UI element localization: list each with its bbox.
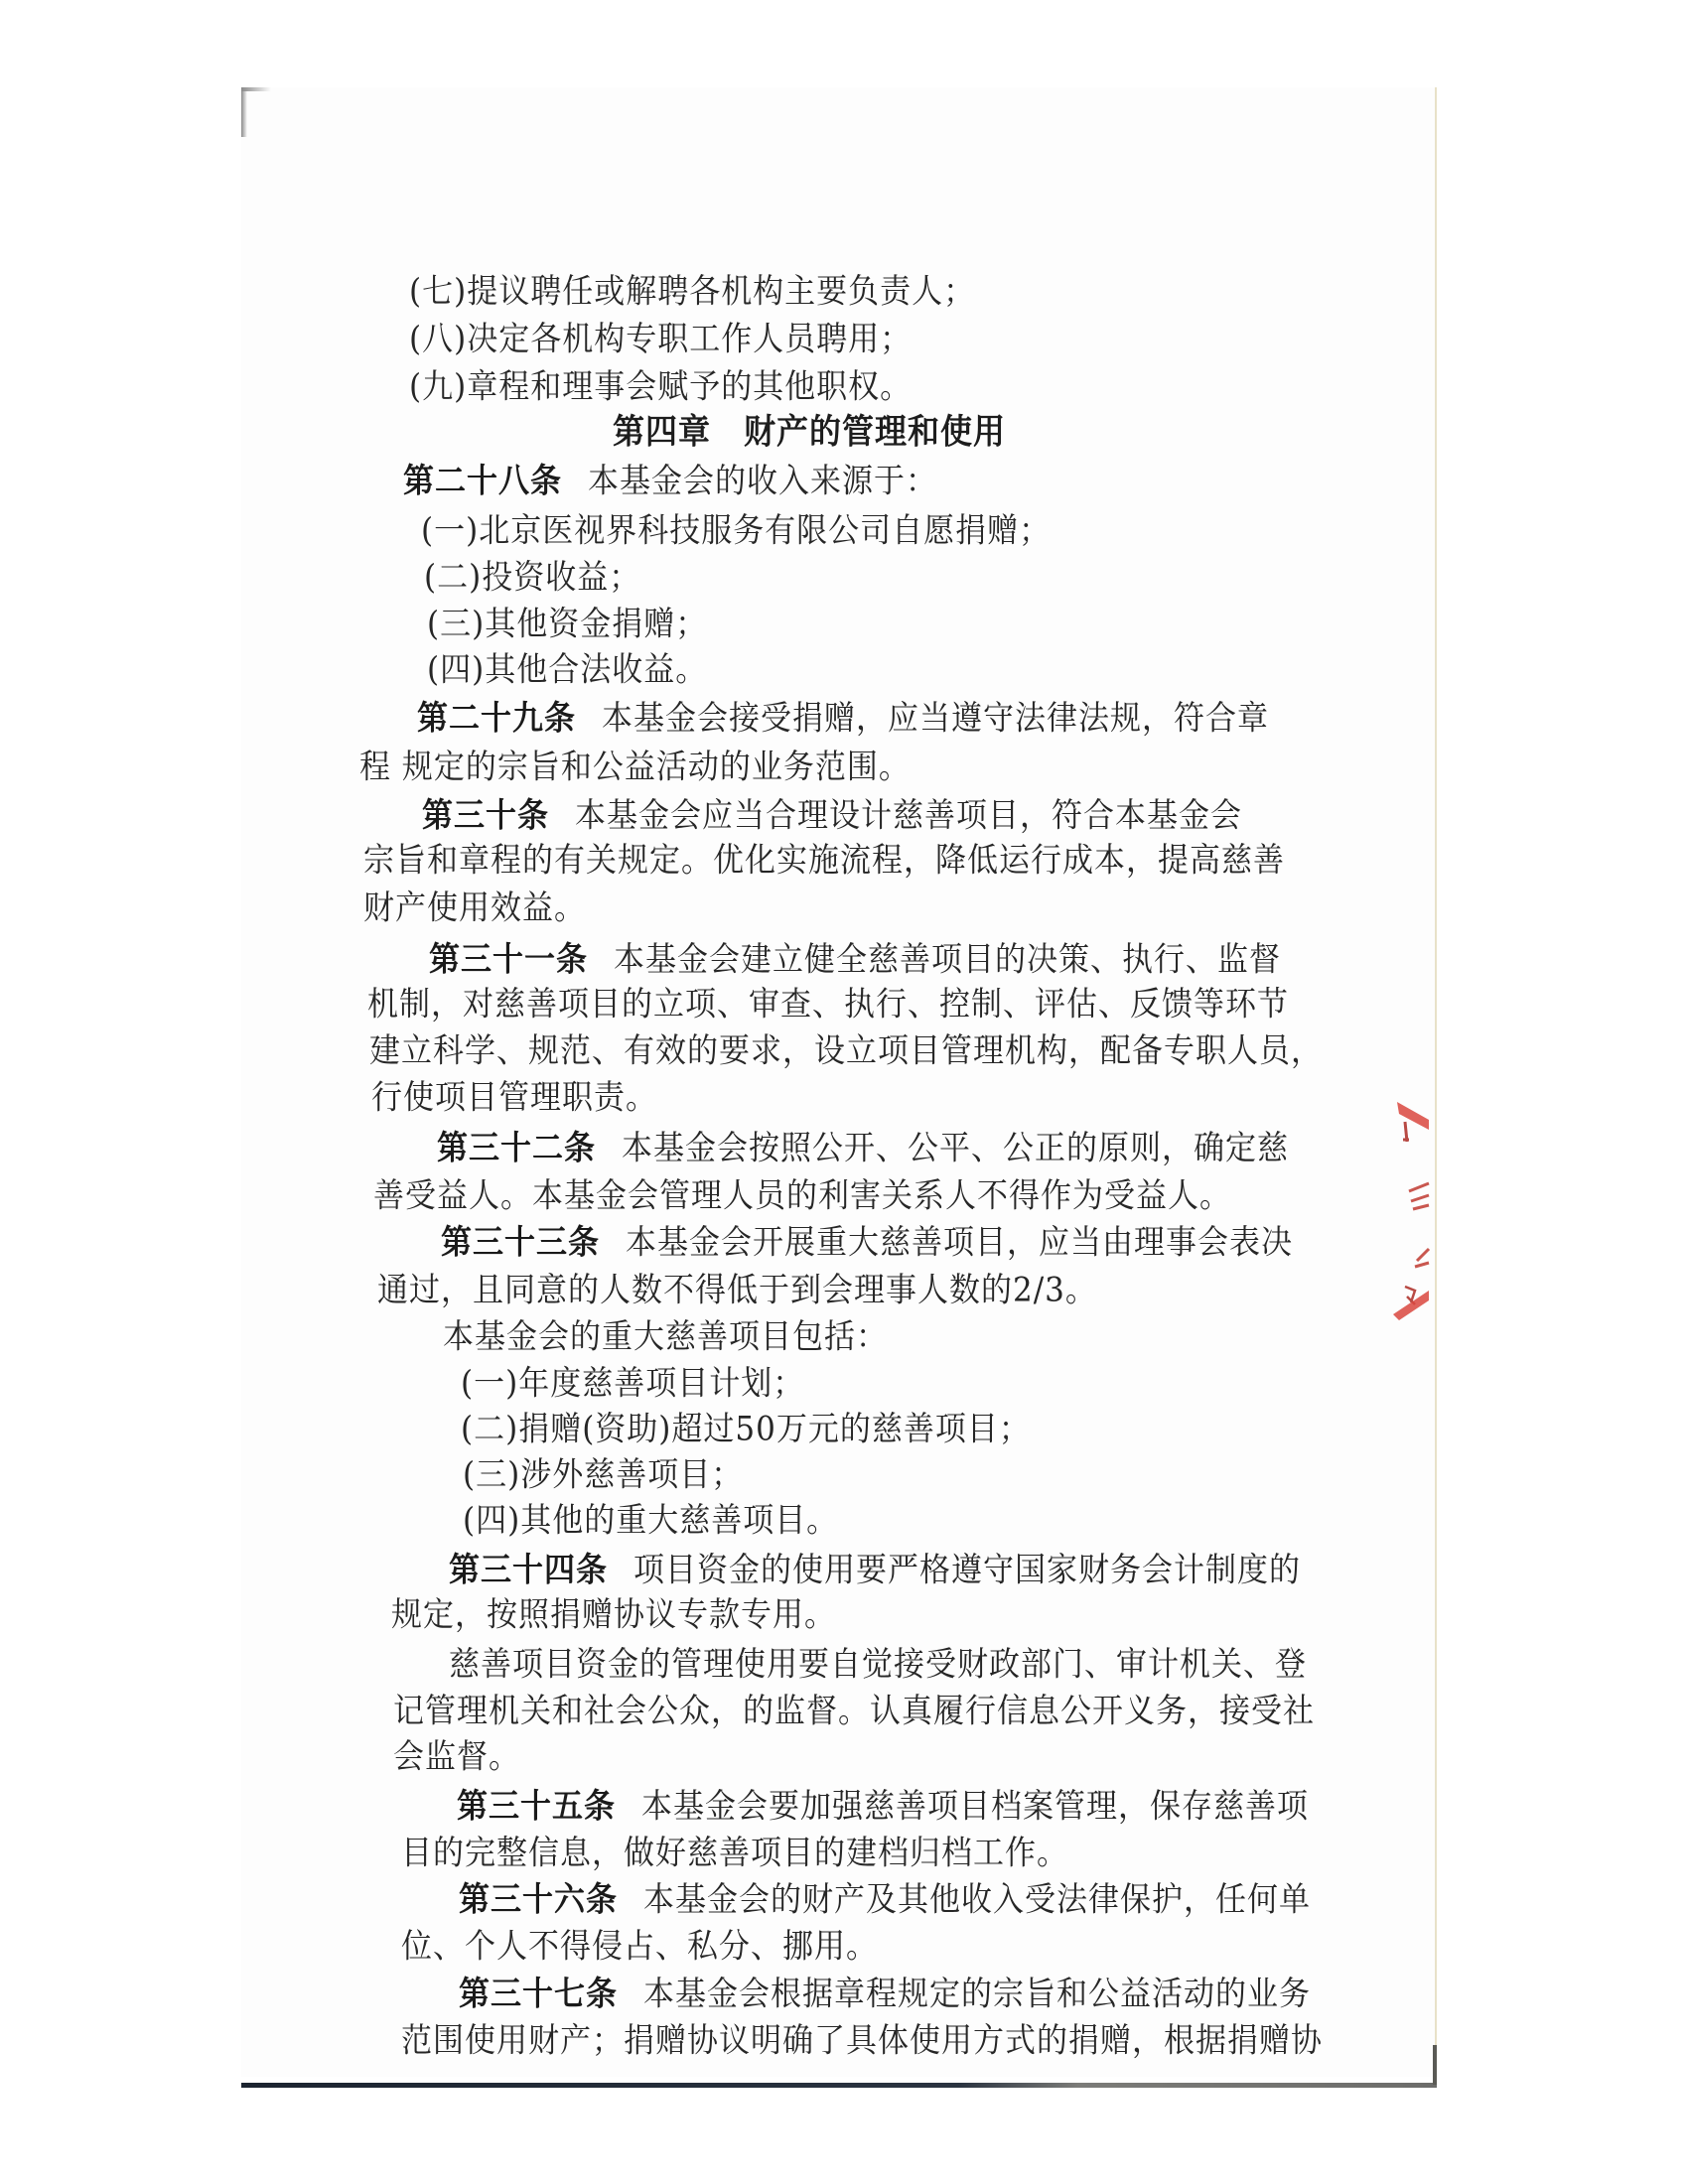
- article-label: 第三十四条: [449, 1551, 608, 1589]
- article-33: 第三十三条本基金会开展重大慈善项目，应当由理事会表决: [441, 1221, 1293, 1264]
- list-item: (二)投资收益；: [424, 556, 640, 599]
- page-corner-shadow: [241, 87, 247, 137]
- article-text: 本基金会根据章程规定的宗旨和公益活动的业务: [643, 1975, 1311, 2013]
- article-28: 第二十八条本基金会的收入来源于：: [403, 460, 937, 502]
- article-34: 第三十四条项目资金的使用要严格遵守国家财务会计制度的: [449, 1549, 1301, 1591]
- article-label: 第二十九条: [417, 699, 576, 738]
- article-37: 第三十七条本基金会根据章程规定的宗旨和公益活动的业务: [459, 1973, 1311, 2015]
- article-label: 第三十条: [422, 796, 549, 835]
- article-text: 本基金会建立健全慈善项目的决策、执行、监督: [614, 940, 1281, 979]
- list-item: (三)其他资金捐赠；: [427, 603, 707, 645]
- article-text: 记管理机关和社会公众，的监督。认真履行信息公开义务，接受社: [393, 1690, 1315, 1732]
- list-item: (三)涉外慈善项目；: [463, 1453, 743, 1496]
- article-label: 第三十六条: [459, 1880, 618, 1919]
- article-30: 第三十条本基金会应当合理设计慈善项目，符合本基金会: [422, 794, 1242, 837]
- red-seal-stamp: [1385, 1092, 1435, 1320]
- list-item: (二)捐赠(资助)超过50万元的慈善项目；: [461, 1408, 1031, 1450]
- article-29: 第二十九条本基金会接受捐赠，应当遵守法律法规，符合章: [417, 697, 1269, 740]
- article-text: 宗旨和章程的有关规定。优化实施流程，降低运行成本，提高慈善: [363, 839, 1285, 882]
- list-item: (四)其他的重大慈善项目。: [463, 1499, 838, 1542]
- article-text: 位、个人不得侵占、私分、挪用。: [401, 1925, 878, 1968]
- article-label: 第三十二条: [437, 1129, 596, 1167]
- article-text: 建立科学、规范、有效的要求，设立项目管理机构，配备专职人员，: [369, 1029, 1323, 1072]
- article-36: 第三十六条本基金会的财产及其他收入受法律保护，任何单: [459, 1878, 1311, 1921]
- chapter-title: 第四章 财产的管理和使用: [613, 410, 1006, 453]
- article-text: 本基金会应当合理设计慈善项目，符合本基金会: [575, 796, 1242, 835]
- article-text: 本基金会接受捐赠，应当遵守法律法规，符合章: [602, 699, 1269, 738]
- article-label: 第三十七条: [459, 1975, 618, 2013]
- article-text: 本基金会的财产及其他收入受法律保护，任何单: [643, 1880, 1311, 1919]
- article-text: 目的完整信息，做好慈善项目的建档归档工作。: [401, 1832, 1068, 1874]
- list-item: (一)年度慈善项目计划；: [461, 1362, 804, 1405]
- page-corner-shadow-top: [241, 87, 271, 91]
- page-right-edge-shadow: [1433, 2045, 1437, 2085]
- article-32: 第三十二条本基金会按照公开、公平、公正的原则，确定慈: [437, 1127, 1289, 1169]
- article-text: 本基金会的重大慈善项目包括：: [443, 1315, 888, 1358]
- article-label: 第三十三条: [441, 1223, 600, 1262]
- seal-fragment-icon: [1385, 1092, 1435, 1320]
- page-bottom-edge: [241, 2083, 1437, 2088]
- article-text: 项目资金的使用要严格遵守国家财务会计制度的: [633, 1551, 1301, 1589]
- article-label: 第三十五条: [457, 1787, 616, 1826]
- article-text: 本基金会开展重大慈善项目，应当由理事会表决: [626, 1223, 1293, 1262]
- list-item: (九)章程和理事会赋予的其他职权。: [409, 365, 912, 408]
- article-text: 本基金会要加强慈善项目档案管理，保存慈善项: [641, 1787, 1309, 1826]
- article-text: 慈善项目资金的管理使用要自觉接受财政部门、审计机关、登: [449, 1643, 1307, 1686]
- article-text: 机制，对慈善项目的立项、审查、执行、控制、评估、反馈等环节: [367, 983, 1289, 1025]
- article-text: 会监督。: [393, 1735, 520, 1778]
- article-text: 善受益人。本基金会管理人员的利害关系人不得作为受益人。: [373, 1174, 1231, 1217]
- article-31: 第三十一条本基金会建立健全慈善项目的决策、执行、监督: [429, 938, 1281, 981]
- article-text: 财产使用效益。: [363, 887, 586, 929]
- article-text: 行使项目管理职责。: [371, 1076, 657, 1119]
- article-text: 本基金会的收入来源于：: [588, 462, 937, 500]
- article-text: 程 规定的宗旨和公益活动的业务范围。: [359, 746, 911, 788]
- article-35: 第三十五条本基金会要加强慈善项目档案管理，保存慈善项: [457, 1785, 1309, 1828]
- list-item: (一)北京医视界科技服务有限公司自愿捐赠；: [421, 509, 1051, 552]
- list-item: (四)其他合法收益。: [427, 648, 707, 691]
- article-label: 第三十一条: [429, 940, 588, 979]
- article-text: 范围使用财产；捐赠协议明确了具体使用方式的捐赠，根据捐赠协: [401, 2019, 1323, 2062]
- list-item: (八)决定各机构专职工作人员聘用；: [409, 318, 912, 360]
- article-text: 本基金会按照公开、公平、公正的原则，确定慈: [622, 1129, 1289, 1167]
- list-item: (七)提议聘任或解聘各机构主要负责人；: [409, 270, 975, 313]
- article-text: 规定，按照捐赠协议专款专用。: [391, 1593, 836, 1636]
- article-text: 通过，且同意的人数不得低于到会理事人数的2/3。: [377, 1269, 1097, 1311]
- article-label: 第二十八条: [403, 462, 562, 500]
